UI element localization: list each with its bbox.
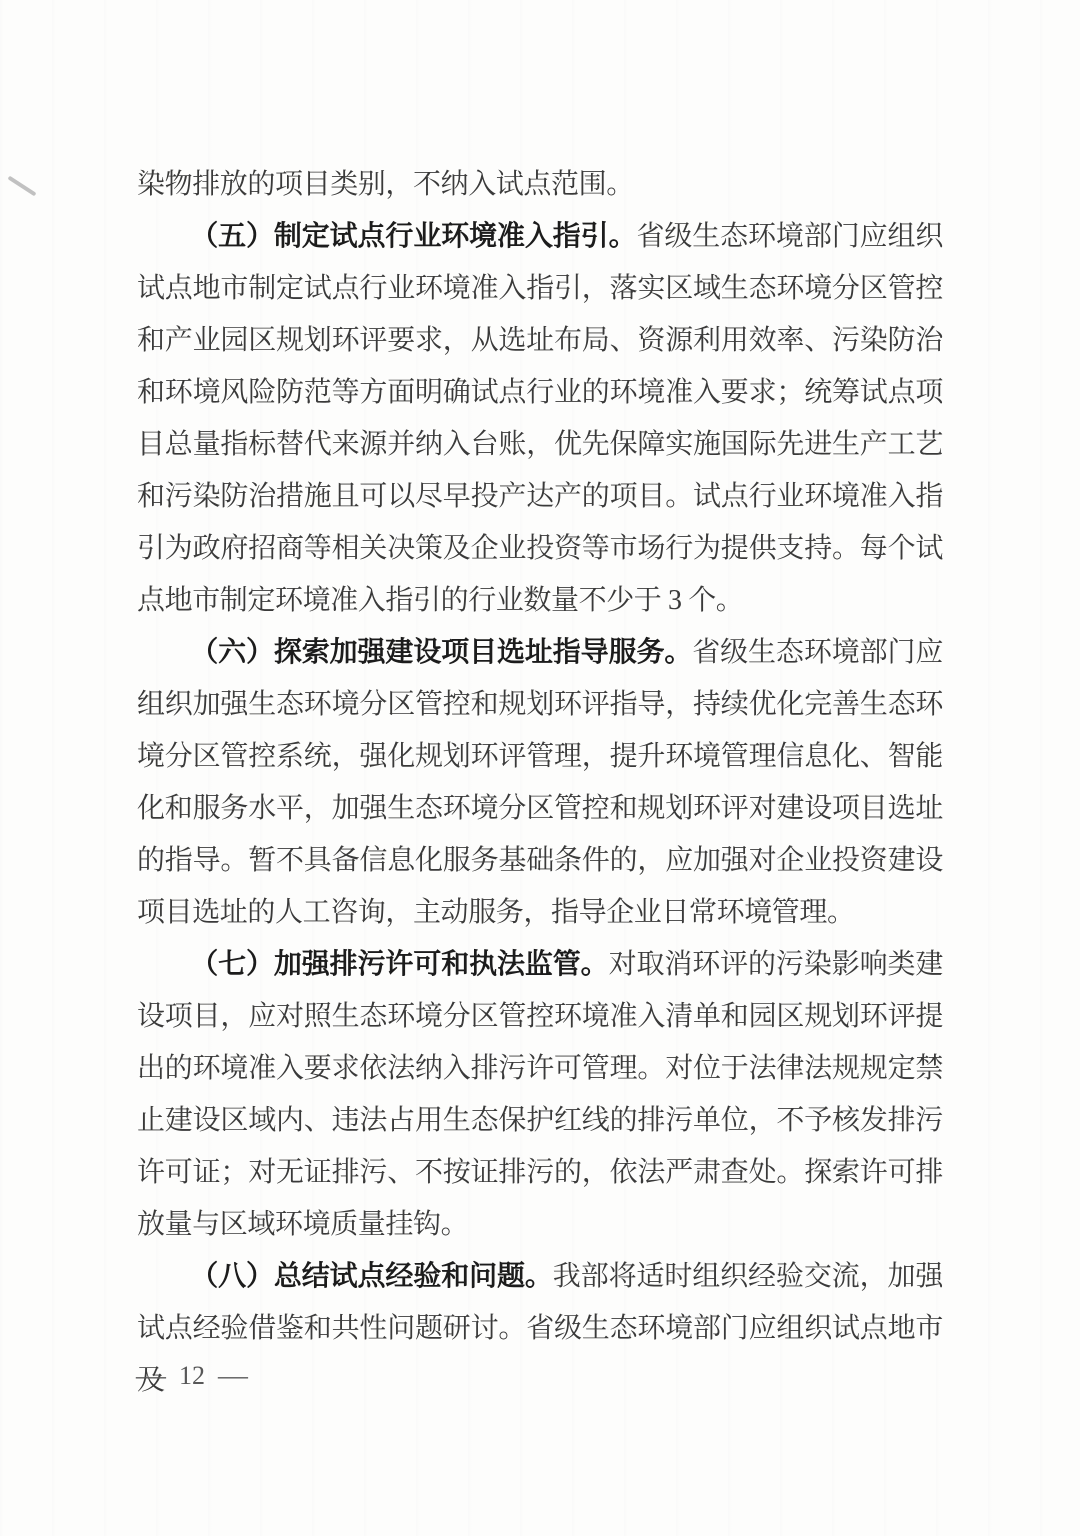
page-number: 12 xyxy=(179,1356,205,1396)
section-8-heading: （八）总结试点经验和问题。 xyxy=(190,1261,553,1292)
paragraph-body-text: 对取消环评的污染影响类建设项目，应对照生态环境分区管控环境准入清单和园区规划环评… xyxy=(137,949,943,1240)
document-page: 染物排放的项目类别，不纳入试点范围。 （五）制定试点行业环境准入指引。省级生态环… xyxy=(0,0,1080,1536)
page-footer: — 12 — xyxy=(138,1356,246,1396)
paragraph-body-text: 省级生态环境部门应组织试点地市制定试点行业环境准入指引，落实区域生态环境分区管控… xyxy=(137,221,943,616)
section-5-heading: （五）制定试点行业环境准入指引。 xyxy=(190,221,636,252)
footer-right-dash: — xyxy=(218,1356,248,1396)
paragraph-continuation: 染物排放的项目类别，不纳入试点范围。 xyxy=(137,159,943,211)
paragraph-section-6: （六）探索加强建设项目选址指导服务。省级生态环境部门应组织加强生态环境分区管控和… xyxy=(137,627,943,939)
section-6-heading: （六）探索加强建设项目选址指导服务。 xyxy=(190,637,692,668)
footer-left-dash: — xyxy=(136,1356,166,1396)
paragraph-body-text: 省级生态环境部门应组织加强生态环境分区管控和规划环评指导，持续优化完善生态环境分… xyxy=(137,637,943,928)
section-7-heading: （七）加强排污许可和执法监管。 xyxy=(190,949,608,980)
paragraph-body-text: 染物排放的项目类别，不纳入试点范围。 xyxy=(137,169,634,200)
scan-artifact xyxy=(7,176,36,197)
paragraph-section-5: （五）制定试点行业环境准入指引。省级生态环境部门应组织试点地市制定试点行业环境准… xyxy=(137,211,943,627)
paragraph-section-7: （七）加强排污许可和执法监管。对取消环评的污染影响类建设项目，应对照生态环境分区… xyxy=(137,939,943,1251)
paragraph-section-8: （八）总结试点经验和问题。我部将适时组织经验交流，加强试点经验借鉴和共性问题研讨… xyxy=(137,1251,943,1407)
document-body: 染物排放的项目类别，不纳入试点范围。 （五）制定试点行业环境准入指引。省级生态环… xyxy=(137,159,943,1407)
